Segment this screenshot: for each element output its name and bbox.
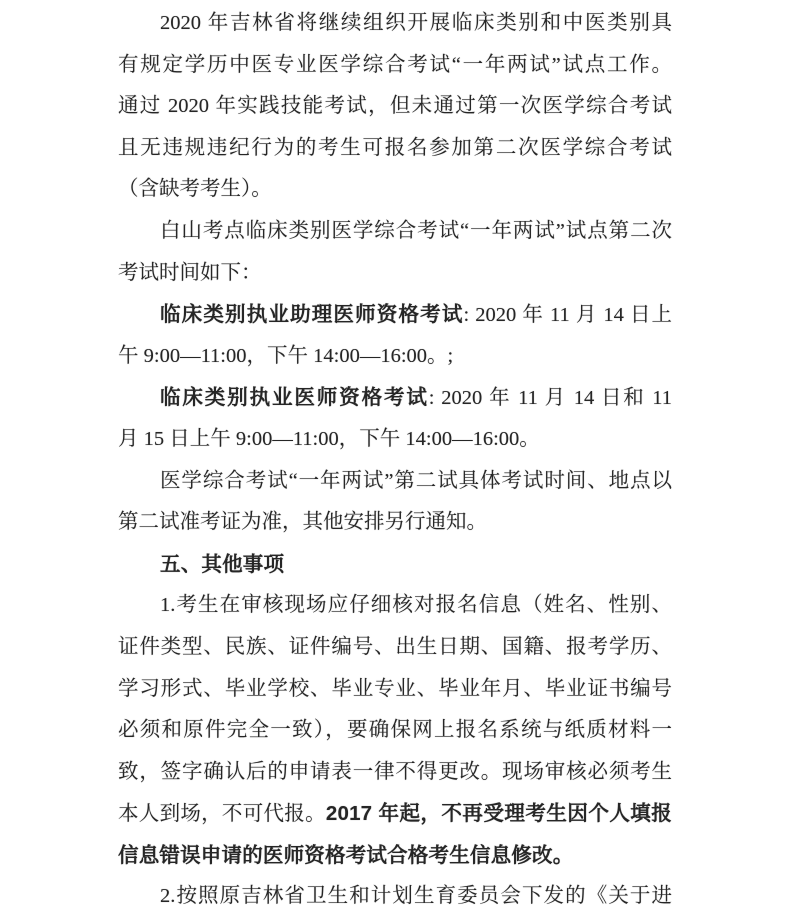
text-line: 信息错误申请的医师资格考试合格考生信息修改。 bbox=[118, 835, 672, 877]
text-line: 1.考生在审核现场应仔细核对报名信息（姓名、性别、 bbox=[118, 585, 672, 627]
bold-text-segment: 五、其他事项 bbox=[160, 553, 284, 576]
text-segment: 1.考生在审核现场应仔细核对报名信息（姓名、性别、 bbox=[160, 594, 672, 616]
text-line: 白山考点临床类别医学综合考试“一年两试”试点第二次 bbox=[118, 211, 672, 253]
text-line: 必须和原件完全一致），要确保网上报名系统与纸质材料一 bbox=[118, 710, 672, 752]
text-segment: 第二试准考证为准，其他安排另行通知。 bbox=[118, 511, 487, 533]
text-segment: 必须和原件完全一致），要确保网上报名系统与纸质材料一 bbox=[118, 719, 672, 741]
document-page: 2020 年吉林省将继续组织开展临床类别和中医类别具有规定学历中医专业医学综合考… bbox=[0, 0, 788, 912]
text-segment: 考试时间如下： bbox=[118, 262, 262, 284]
bold-text-segment: 临床类别执业助理医师资格考试 bbox=[160, 303, 464, 326]
text-segment: 且无违规违纪行为的考生可报名参加第二次医学综合考试 bbox=[118, 137, 672, 159]
text-line: 临床类别执业助理医师资格考试: 2020 年 11 月 14 日上 bbox=[118, 294, 672, 336]
text-segment: 2.按照原吉林省卫生和计划生育委员会下发的《关于进 bbox=[160, 885, 672, 907]
text-line: 致，签字确认后的申请表一律不得更改。现场审核必须考生 bbox=[118, 752, 672, 794]
bold-text-segment: 2017 年起，不再受理考生因个人填报 bbox=[326, 802, 672, 825]
text-line: 考试时间如下： bbox=[118, 253, 672, 295]
text-segment: 证件类型、民族、证件编号、出生日期、国籍、报考学历、 bbox=[118, 636, 672, 658]
text-line: 临床类别执业医师资格考试: 2020 年 11 月 14 日和 11 bbox=[118, 377, 672, 419]
text-segment: 学习形式、毕业学校、毕业专业、毕业年月、毕业证书编号 bbox=[118, 678, 672, 700]
text-segment: （含缺考考生）。 bbox=[118, 178, 272, 200]
text-segment: : 2020 年 11 月 14 日上 bbox=[464, 304, 673, 326]
text-line: 有规定学历中医专业医学综合考试“一年两试”试点工作。 bbox=[118, 45, 672, 87]
text-line: 学习形式、毕业学校、毕业专业、毕业年月、毕业证书编号 bbox=[118, 669, 672, 711]
text-line: 医学综合考试“一年两试”第二试具体考试时间、地点以 bbox=[118, 461, 672, 503]
text-segment: 有规定学历中医专业医学综合考试“一年两试”试点工作。 bbox=[118, 54, 672, 76]
text-segment: 医学综合考试“一年两试”第二试具体考试时间、地点以 bbox=[160, 470, 672, 492]
text-line: 五、其他事项 bbox=[118, 544, 672, 586]
text-line: 2020 年吉林省将继续组织开展临床类别和中医类别具 bbox=[118, 3, 672, 45]
document-body: 2020 年吉林省将继续组织开展临床类别和中医类别具有规定学历中医专业医学综合考… bbox=[118, 3, 672, 912]
text-line: （含缺考考生）。 bbox=[118, 169, 672, 211]
text-segment: 本人到场，不可代报。 bbox=[118, 803, 326, 825]
bold-text-segment: 临床类别执业医师资格考试 bbox=[160, 386, 429, 409]
text-line: 本人到场，不可代报。2017 年起，不再受理考生因个人填报 bbox=[118, 793, 672, 835]
text-line: 月 15 日上午 9:00—11:00，下午 14:00—16:00。 bbox=[118, 419, 672, 461]
text-line: 第二试准考证为准，其他安排另行通知。 bbox=[118, 502, 672, 544]
text-line: 证件类型、民族、证件编号、出生日期、国籍、报考学历、 bbox=[118, 627, 672, 669]
text-segment: 2020 年吉林省将继续组织开展临床类别和中医类别具 bbox=[160, 12, 672, 34]
text-segment: 午 9:00—11:00，下午 14:00—16:00。; bbox=[118, 345, 453, 367]
text-line: 午 9:00—11:00，下午 14:00—16:00。; bbox=[118, 336, 672, 378]
text-line: 通过 2020 年实践技能考试，但未通过第一次医学综合考试 bbox=[118, 86, 672, 128]
text-segment: 致，签字确认后的申请表一律不得更改。现场审核必须考生 bbox=[118, 761, 672, 783]
bold-text-segment: 信息错误申请的医师资格考试合格考生信息修改。 bbox=[118, 844, 573, 867]
text-segment: 月 15 日上午 9:00—11:00，下午 14:00—16:00。 bbox=[118, 428, 540, 450]
text-line: 且无违规违纪行为的考生可报名参加第二次医学综合考试 bbox=[118, 128, 672, 170]
text-segment: 通过 2020 年实践技能考试，但未通过第一次医学综合考试 bbox=[118, 95, 672, 117]
text-segment: 白山考点临床类别医学综合考试“一年两试”试点第二次 bbox=[160, 220, 672, 242]
text-line: 2.按照原吉林省卫生和计划生育委员会下发的《关于进 bbox=[118, 876, 672, 912]
text-segment: : 2020 年 11 月 14 日和 11 bbox=[429, 387, 672, 409]
